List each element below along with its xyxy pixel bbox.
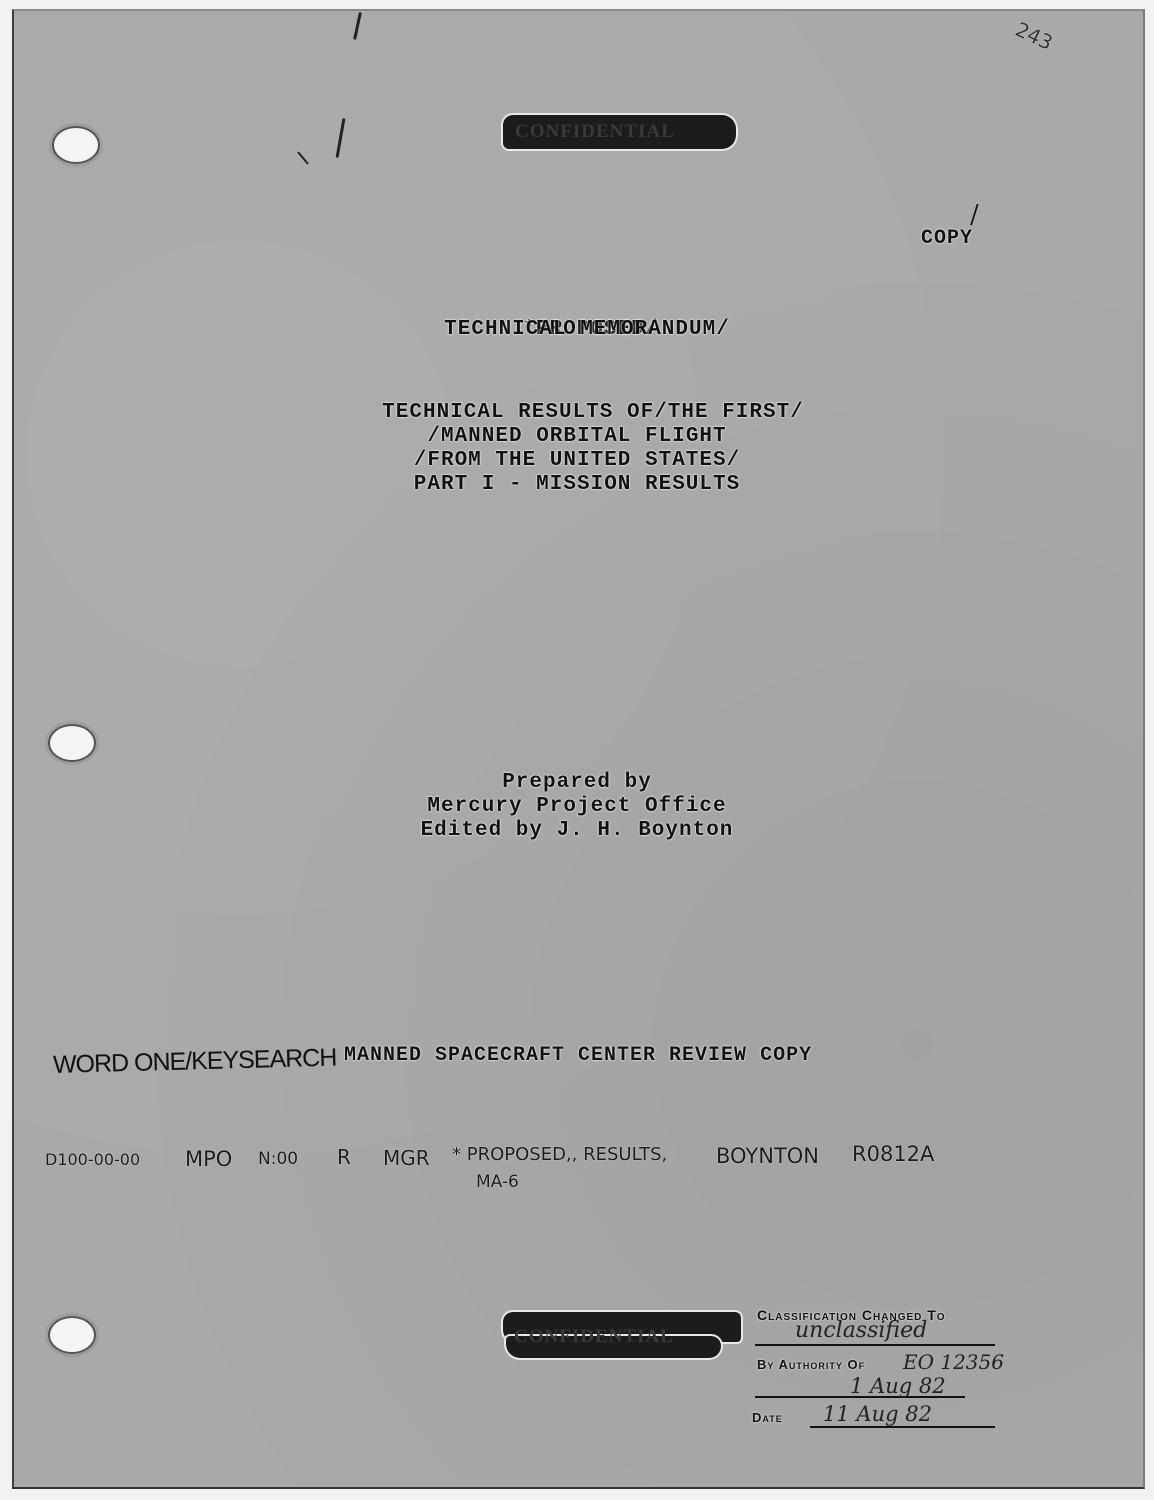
title-line-1: TECHNICAL RESULTS OF/THE FIRST/ [0, 401, 1154, 425]
byline-office: Mercury Project Office [0, 795, 1154, 819]
index-number: N:00 [258, 1149, 298, 1169]
byline-editor: Edited by J. H. Boynton [0, 819, 1154, 843]
index-office: MPO [185, 1147, 232, 1171]
date-label: Date [752, 1410, 783, 1425]
punch-hole-top [52, 126, 100, 164]
authority-label: By Authority Of [757, 1357, 865, 1372]
date-value: 11 Aug 82 [823, 1402, 932, 1426]
authority-value: EO 12356 [903, 1350, 1004, 1374]
byline-prepared: Prepared by [0, 771, 1154, 795]
title-line-3: /FROM THE UNITED STATES/ [0, 449, 1154, 473]
index-ref: R0812A [852, 1142, 934, 1166]
classification-changed-value: unclassified [795, 1318, 927, 1343]
punch-hole-bottom [48, 1316, 96, 1354]
date-underline [810, 1426, 995, 1428]
index-mgr: MGR [383, 1146, 430, 1170]
index-code: D100-00-00 [45, 1150, 140, 1169]
index-author: BOYNTON [716, 1144, 819, 1168]
copy-label-text: COPY [921, 227, 973, 250]
review-copy-label: MANNED SPACECRAFT CENTER REVIEW COPY [344, 1044, 812, 1067]
authority-date: 1 Aug 82 [850, 1374, 946, 1398]
document-page [12, 9, 1145, 1489]
index-mission: MA-6 [476, 1172, 519, 1192]
punch-hole-middle [48, 724, 96, 762]
copy-number-mark: / [970, 200, 979, 230]
confidential-stamp-bottom-text: CONFIDENTIAL [514, 1326, 674, 1348]
title-line-2: /MANNED ORBITAL FLIGHT [0, 425, 1154, 449]
index-keywords: * PROPOSED,, RESULTS, [452, 1144, 667, 1165]
index-r: R [337, 1145, 351, 1169]
copy-label: COPY [895, 204, 973, 250]
classification-underline [755, 1344, 995, 1346]
memo-type-line2: TECHNICAL MEMORANDUM/ [0, 318, 1154, 342]
title-line-4: PART I - MISSION RESULTS [0, 473, 1154, 497]
confidential-stamp-top-text: CONFIDENTIAL [515, 121, 675, 143]
